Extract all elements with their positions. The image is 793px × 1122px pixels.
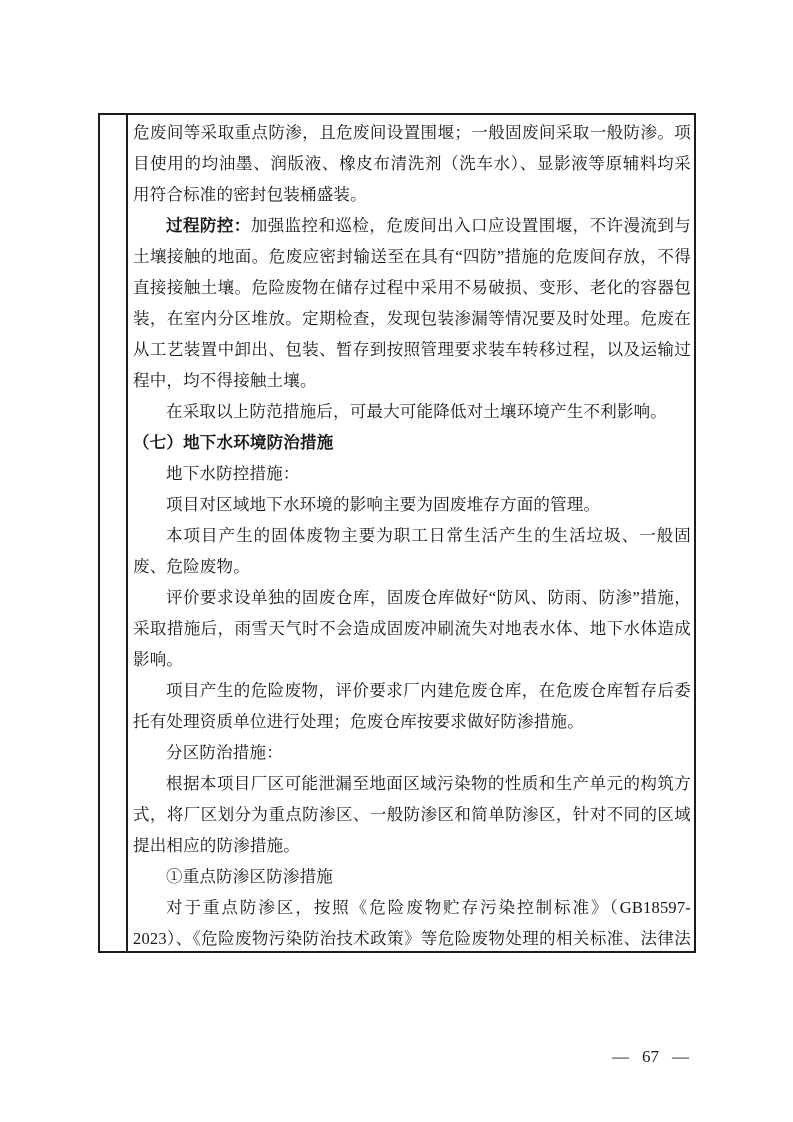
- paragraph-groundwater-control-label: 地下水防控措施：: [133, 458, 691, 489]
- paragraph-solid-waste-warehouse: 评价要求设单独的固废仓库，固废仓库做好“防风、防雨、防渗”措施，采取措施后，雨雪…: [133, 582, 691, 675]
- paragraph-zoning-measures-label: 分区防治措施：: [133, 737, 691, 768]
- table-content-cell: 危废间等采取重点防渗，且危废间设置围堰；一般固废间采取一般防渗。项目使用的均油墨…: [128, 115, 694, 951]
- paragraph-zoning-division: 根据本项目厂区可能泄漏至地面区域污染物的性质和生产单元的构筑方式，将厂区划分为重…: [133, 768, 691, 861]
- paragraph-process-control-lead: 过程防控：: [166, 216, 251, 235]
- paragraph-process-control: 过程防控：加强监控和巡检，危废间出入口应设置围堰，不许漫流到与土壤接触的地面。危…: [133, 210, 691, 396]
- paragraph-hazardous-waste-warehouse: 项目产生的危险废物，评价要求厂内建危废仓库，在危废仓库暂存后委托有处理资质单位进…: [133, 675, 691, 737]
- content-table: 危废间等采取重点防渗，且危废间设置围堰；一般固废间采取一般防渗。项目使用的均油墨…: [98, 113, 696, 953]
- paragraph-key-seepage-zone-standards: 对于重点防渗区，按照《危险废物贮存污染控制标准》（GB18597-2023）、《…: [133, 892, 691, 951]
- page-footer: — 67 —: [612, 1047, 689, 1067]
- paragraph-process-control-text: 加强监控和巡检，危废间出入口应设置围堰，不许漫流到与土壤接触的地面。危废应密封输…: [133, 216, 691, 390]
- paragraph-soil-conclusion: 在采取以上防范措施后，可最大可能降低对土壤环境产生不利影响。: [133, 396, 691, 427]
- footer-dash-right: —: [672, 1047, 689, 1067]
- paragraph-hazwaste-seepage-continuation: 危废间等采取重点防渗，且危废间设置围堰；一般固废间采取一般防渗。项目使用的均油墨…: [133, 117, 691, 210]
- paragraph-groundwater-impact: 项目对区域地下水环境的影响主要为固废堆存方面的管理。: [133, 489, 691, 520]
- heading-groundwater-prevention-measures: （七）地下水环境防治措施: [133, 427, 691, 458]
- paragraph-solid-waste-types: 本项目产生的固体废物主要为职工日常生活产生的生活垃圾、一般固废、危险废物。: [133, 520, 691, 582]
- footer-page-number: 67: [642, 1047, 659, 1067]
- document-page: 危废间等采取重点防渗，且危废间设置围堰；一般固废间采取一般防渗。项目使用的均油墨…: [0, 0, 793, 1122]
- footer-dash-left: —: [612, 1047, 629, 1067]
- paragraph-key-seepage-zone-label: ①重点防渗区防渗措施: [133, 861, 691, 892]
- table-stub-column: [100, 115, 128, 951]
